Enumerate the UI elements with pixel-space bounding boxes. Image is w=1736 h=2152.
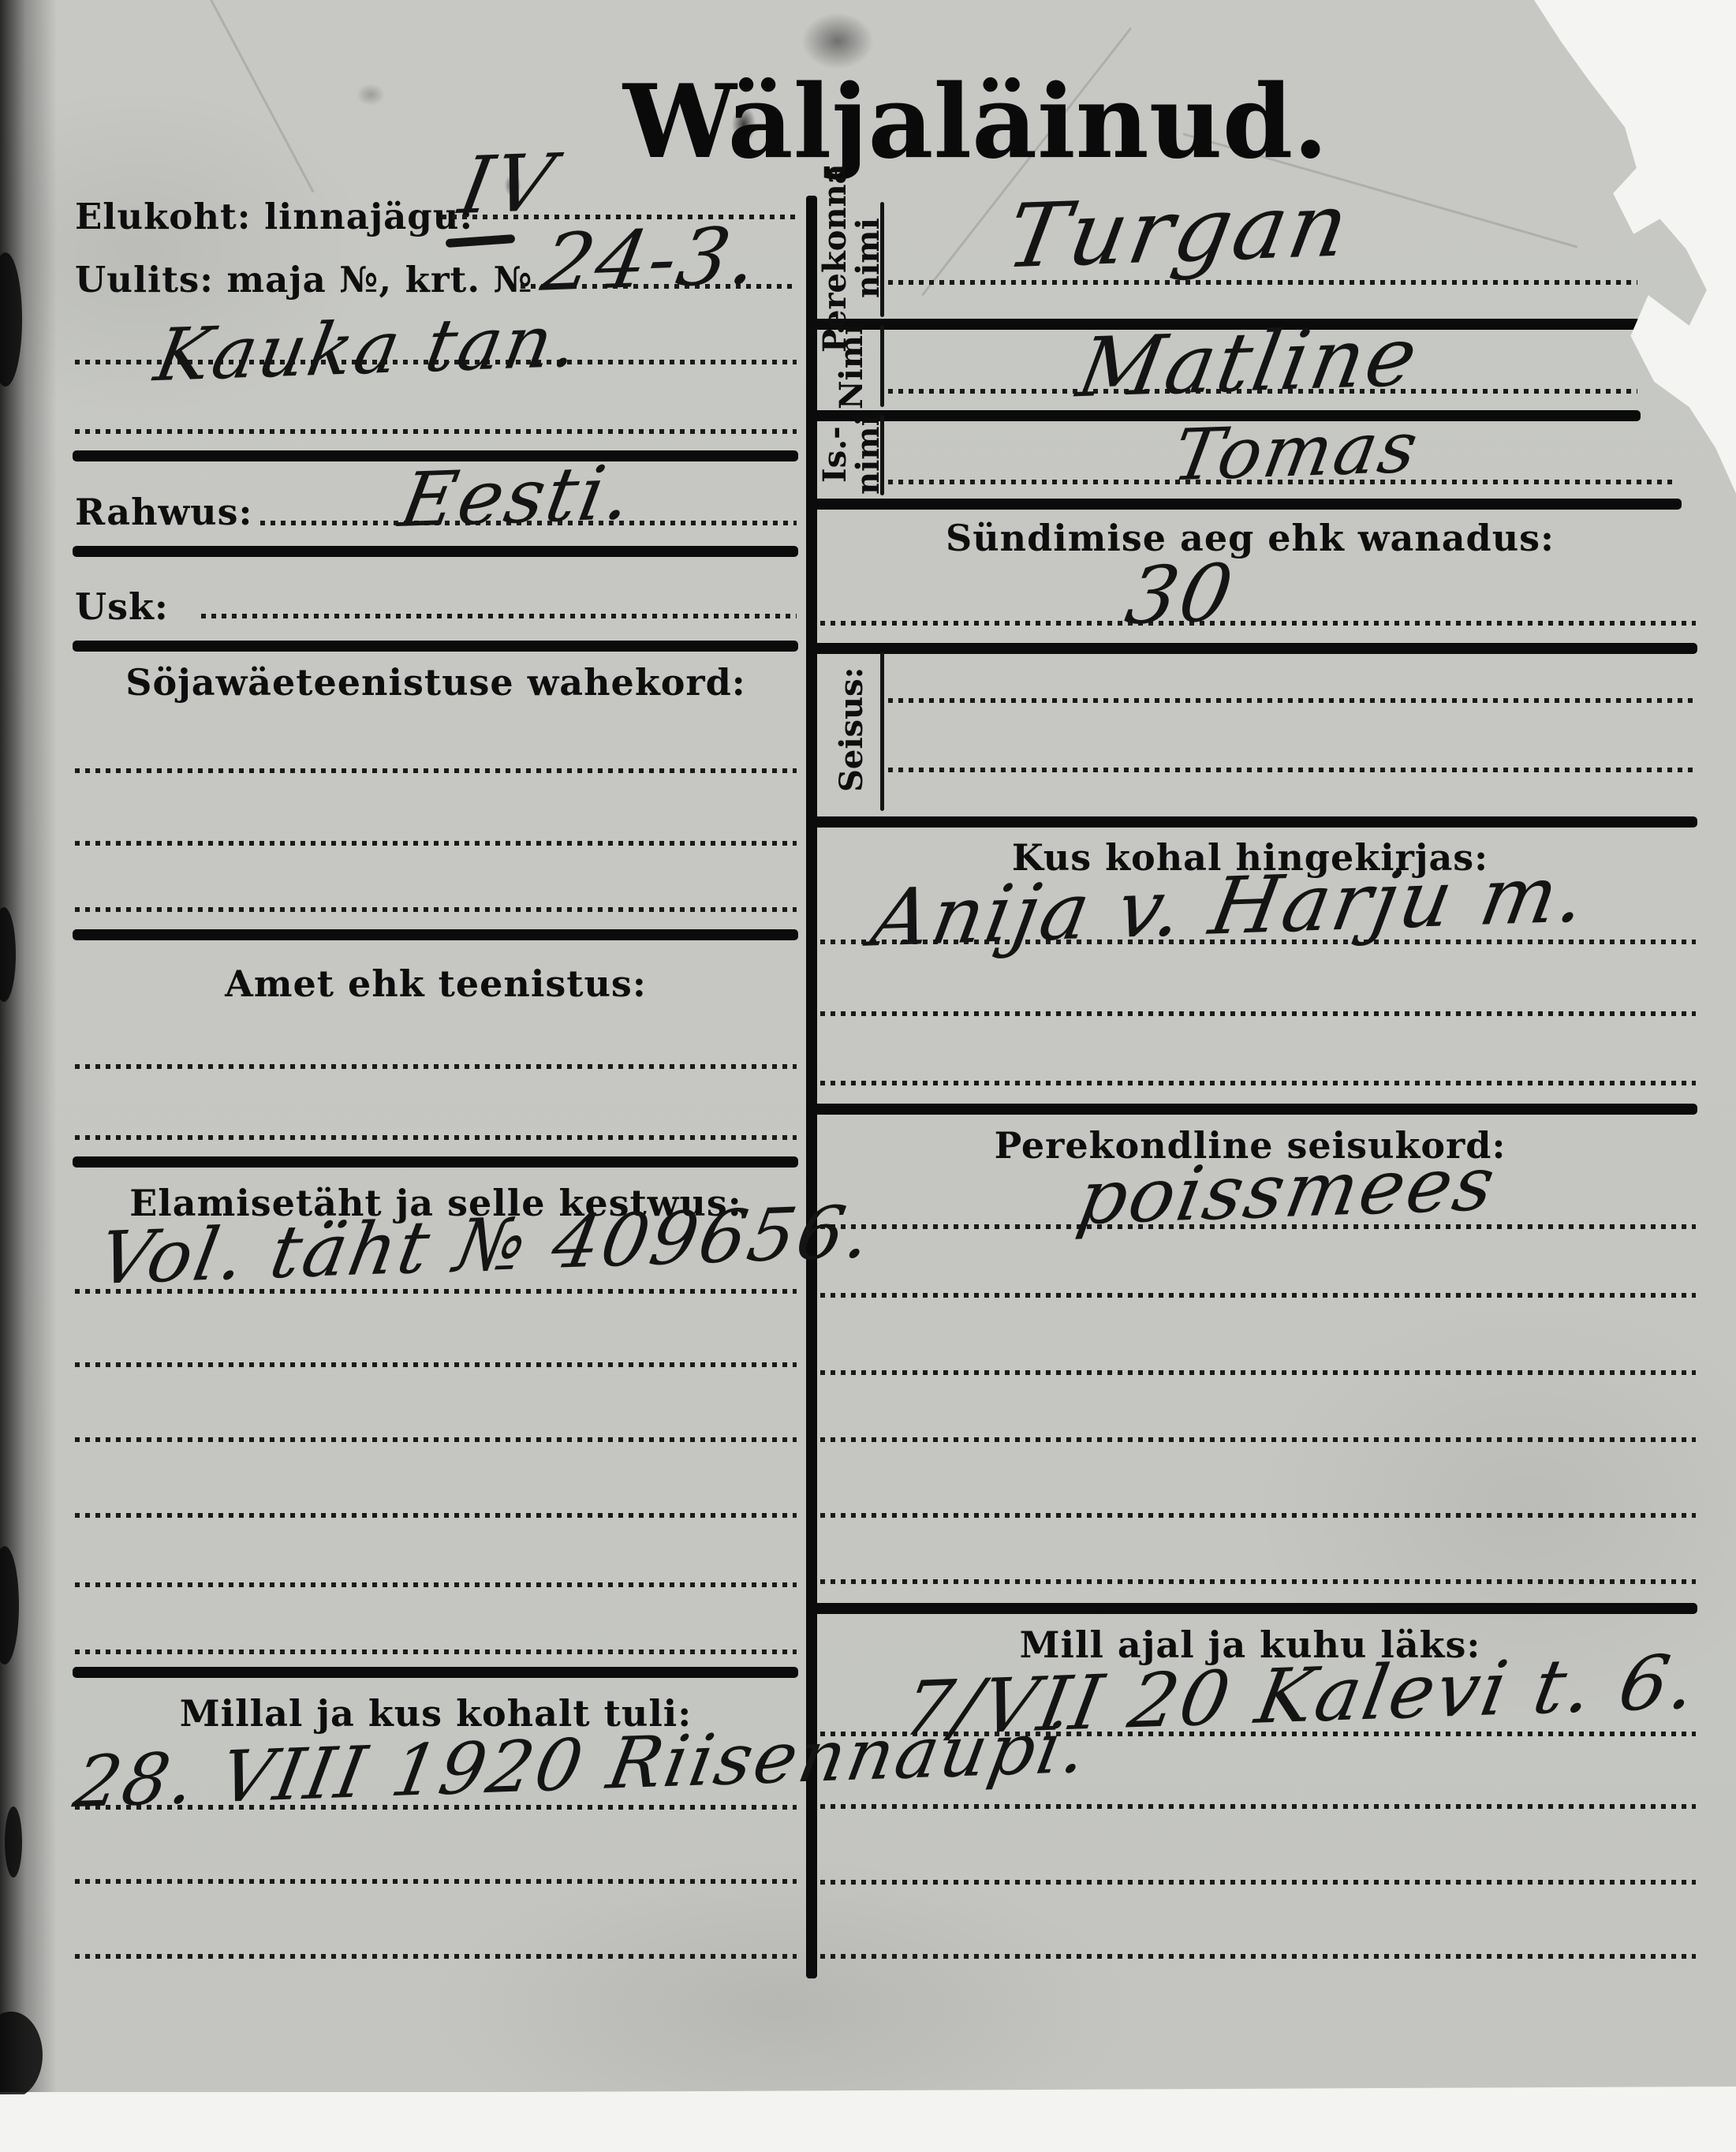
dotted-line (820, 1804, 1696, 1809)
thick-rule (806, 499, 1682, 510)
scan-background-bottom (0, 2087, 1736, 2152)
dotted-line (75, 768, 797, 773)
occupation-heading: Amet ehk teenistus: (75, 962, 797, 1005)
first-name-handwritten-value: Matline (1071, 308, 1427, 417)
dotted-line (820, 1011, 1696, 1016)
thick-rule (73, 641, 798, 652)
uulits-handwritten-value: 24-3. (536, 209, 767, 308)
usk-label: Usk: (75, 585, 169, 628)
dotted-line (75, 1513, 797, 1518)
father-name-vertical-label: Is.- nimi (820, 413, 883, 495)
father-name-handwritten-value: Tomas (1167, 406, 1426, 498)
street-handwritten-value: Kauka tan. (149, 299, 588, 398)
dotted-line (75, 1135, 797, 1140)
usk-dotted-line (201, 614, 797, 618)
dotted-line (75, 841, 797, 846)
marital-status-handwritten-value: poissmees (1071, 1141, 1503, 1242)
dotted-line (820, 1293, 1696, 1298)
scanned-form-page: Wäljaläinud. Elukoht: linnajägu: IV Uuli… (0, 0, 1736, 2152)
status-vertical-label: Seisus: (820, 648, 883, 811)
thick-rule (73, 929, 798, 940)
dotted-line (75, 1954, 797, 1959)
thick-rule (806, 643, 1697, 654)
dotted-line (75, 1649, 797, 1654)
dotted-line (75, 1582, 797, 1587)
dotted-line (820, 1880, 1696, 1885)
family-name-handwritten-value: Turgan (999, 174, 1358, 289)
dotted-line (820, 1954, 1696, 1959)
family-name-vertical-label: Perekonna nimi (820, 199, 883, 317)
elukoht-label: Elukoht: linnajägu: (75, 196, 473, 237)
thick-rule (73, 1156, 798, 1168)
birthdate-heading: Sündimise aeg ehk wanadus: (820, 517, 1680, 559)
dotted-line (75, 1879, 797, 1884)
rahwus-label: Rahwus: (75, 491, 252, 533)
dotted-line (888, 698, 1696, 703)
rahwus-handwritten-value: Eesti. (394, 450, 640, 544)
edge-ink-blob (5, 1806, 22, 1877)
uulits-label: Uulits: maja №, krt. № (75, 259, 533, 301)
thick-rule (73, 1667, 798, 1678)
form-title: Wäljaläinud. (623, 63, 1328, 181)
dotted-line (820, 1513, 1696, 1518)
dotted-line (75, 1064, 797, 1069)
military-service-heading: Söjawäeteenistuse wahekord: (75, 661, 797, 704)
dotted-line (75, 907, 797, 912)
dotted-line (820, 1437, 1696, 1442)
dotted-line (75, 1362, 797, 1367)
thick-rule (806, 816, 1697, 828)
dotted-line (75, 429, 797, 434)
age-handwritten-value: 30 (1119, 547, 1241, 643)
thick-rule (806, 1603, 1697, 1614)
dotted-line (820, 1081, 1696, 1085)
dotted-line (820, 1370, 1696, 1375)
elukoht-handwritten-value: IV (453, 136, 562, 232)
first-name-vertical-label: Nimi (820, 323, 883, 409)
thick-rule (73, 546, 798, 557)
dotted-line (888, 768, 1696, 772)
dotted-line (75, 1437, 797, 1442)
thick-rule (806, 1104, 1697, 1115)
dotted-line (820, 621, 1696, 626)
dotted-line (820, 1579, 1696, 1584)
central-divider-rule (806, 196, 817, 1978)
